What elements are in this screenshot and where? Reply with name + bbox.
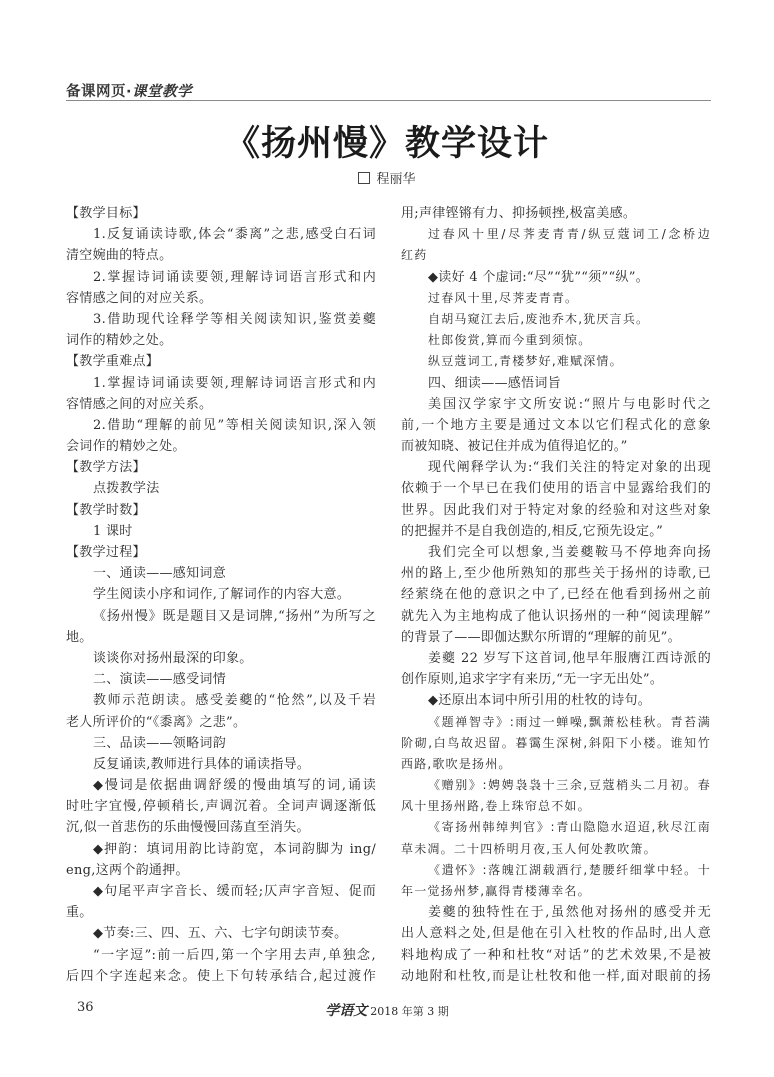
text-line: 依赖于一个早已在我们使用的语言中显露给我们的 [401,478,711,499]
section-heading: 【教学过程】 [66,542,376,563]
journal-name: 学语文 [325,1003,367,1019]
journal-issue: 2018 年第 3 期 [370,1005,448,1018]
author-marker-icon [358,172,370,184]
text-line: “一字逗”:前一后四,第一个字用去声,单独念, [66,945,376,966]
text-line: 点拨教学法 [66,478,376,499]
text-line: 纵豆蔻词工,青楼梦好,难赋深情。 [401,351,711,372]
author-name: 程丽华 [376,172,415,187]
text-line: 红药 [401,245,711,266]
text-line: 就先入为主地构成了他认识扬州的一种“阅读理解” [401,606,711,627]
text-line: 姜夔 22 岁写下这首词,他早年服膺江西诗派的 [401,648,711,669]
text-line: 学生阅读小序和词作,了解词作的内容大意。 [66,584,376,605]
text-line: 姜夔的独特性在于,虽然他对扬州的感受并无 [401,902,711,923]
text-line: 前,一个地方主要是通过文本以它们程式化的意象 [401,415,711,436]
text-line: 清空婉曲的特点。 [66,245,376,266]
text-line: 四、细读——感悟词旨 [401,373,711,394]
text-line: ◆句尾平声字音长、缓而轻;仄声字音短、促而 [66,881,376,902]
text-line: 杜郎俊赏,算而今重到须惊。 [401,330,711,351]
text-line: 教师示范朗读。感受姜夔的“怆然”,以及千岩 [66,690,376,711]
text-line: 重。 [66,902,376,923]
text-line: ◆还原出本词中所引用的杜牧的诗句。 [401,690,711,711]
text-line: 经萦绕在他的意识之中了,已经在他看到扬州之前 [401,584,711,605]
text-line: eng,这两个韵通押。 [66,860,376,881]
text-line: 《题禅智寺》:雨过一蝉噪,飘萧松桂秋。青苔满 [401,712,711,733]
text-line: 出人意料之处,但是他在引入杜牧的作品时,出人意 [401,923,711,944]
text-line: 2.掌握诗词诵读要领,理解诗词语言形式和内 [66,267,376,288]
text-line: 年一觉扬州梦,赢得青楼薄幸名。 [401,881,711,902]
text-line: 1.反复诵读诗歌,体会“黍离”之悲,感受白石词 [66,224,376,245]
page-footer: 36 学语文2018 年第 3 期 [0,1000,774,1020]
text-line: 阶砌,白鸟故迟留。暮霭生深树,斜阳下小楼。谁知竹 [401,733,711,754]
text-line: 后四个字连起来念。使上下句转承结合,起过渡作 [66,966,376,987]
text-line: 的背景了——即伽达默尔所谓的“理解的前见”。 [401,627,711,648]
text-line: 1.掌握诗词诵读要领,理解诗词语言形式和内 [66,373,376,394]
text-line: 自胡马窥江去后,废池乔木,犹厌言兵。 [401,309,711,330]
text-line: 美国汉学家宇文所安说:“照片与电影时代之 [401,394,711,415]
text-line: 而被知晓、被记住并成为值得追忆的。” [401,436,711,457]
running-head-section: 备课网页 [66,84,126,100]
text-line: 用;声律铿锵有力、抑扬顿挫,极富美感。 [401,203,711,224]
text-line: 地。 [66,627,376,648]
text-line: ◆读好 4 个虚词:“尽”“犹”“须”“纵”。 [401,267,711,288]
byline: 程丽华 [0,168,774,187]
text-line: 3.借助现代诠释学等相关阅读知识,鉴赏姜夔 [66,309,376,330]
text-line: 料地构成了一种和杜牧“对话”的艺术效果,不是被 [401,945,711,966]
text-line: 世界。因此我们对于特定对象的经验和对这些对象 [401,500,711,521]
text-line: 《遣怀》:落魄江湖载酒行,楚腰纤细掌中轻。十 [401,860,711,881]
article-title: 《扬州慢》教学设计 [0,116,774,166]
text-line: 风十里扬州路,卷上珠帘总不如。 [401,796,711,817]
text-line: 容情感之间的对应关系。 [66,394,376,415]
section-heading: 【教学目标】 [66,203,376,224]
text-line: 创作原则,追求字字有来历,“无一字无出处”。 [401,669,711,690]
right-column: 用;声律铿锵有力、抑扬顿挫,极富美感。过春风十里/尽荠麦青青/纵豆蔻词工/念桥边… [401,203,711,987]
section-heading: 【教学方法】 [66,457,376,478]
text-line: 沉,似一首悲伤的乐曲慢慢回荡直至消失。 [66,817,376,838]
text-line: 《寄扬州韩绰判官》:青山隐隐水迢迢,秋尽江南 [401,817,711,838]
section-heading: 【教学重难点】 [66,351,376,372]
text-line: 词作的精妙之处。 [66,330,376,351]
text-line: 《赠别》:娉娉袅袅十三余,豆蔻梢头二月初。春 [401,775,711,796]
text-line: 草未凋。二十四桥明月夜,玉人何处教吹箫。 [401,839,711,860]
running-head: 备课网页·课堂教学 [66,80,192,101]
text-line: 州的路上,至少他所熟知的那些关于扬州的诗歌,已 [401,563,711,584]
text-line: ◆慢词是依据曲调舒缓的慢曲填写的词,诵读 [66,775,376,796]
section-heading: 【教学时数】 [66,500,376,521]
journal-page: 备课网页·课堂教学 《扬州慢》教学设计 程丽华 【教学目标】1.反复诵读诗歌,体… [0,0,774,1077]
text-line: ◆节奏:三、四、五、六、七字句朗读节奏。 [66,923,376,944]
text-line: 谈谈你对扬州最深的印象。 [66,648,376,669]
text-line: 1 课时 [66,521,376,542]
running-head-subsection: 课堂教学 [132,84,192,100]
text-line: 一、通读——感知词意 [66,563,376,584]
left-column: 【教学目标】1.反复诵读诗歌,体会“黍离”之悲,感受白石词清空婉曲的特点。2.掌… [66,203,376,987]
text-line: 反复诵读,教师进行具体的诵读指导。 [66,754,376,775]
text-line: 《扬州慢》既是题目又是词牌,“扬州”为所写之 [66,606,376,627]
text-line: 二、演读——感受词情 [66,669,376,690]
text-line: 2.借助“理解的前见”等相关阅读知识,深入领 [66,415,376,436]
text-line: 动地附和杜牧,而是让杜牧和他一样,面对眼前的扬 [401,966,711,987]
text-line: 现代阐释学认为:“我们关注的特定对象的出现 [401,457,711,478]
text-line: 老人所评价的“《黍离》之悲”。 [66,712,376,733]
text-line: 过春风十里,尽荠麦青青。 [401,288,711,309]
text-line: 容情感之间的对应关系。 [66,288,376,309]
text-line: 三、品读——领略词韵 [66,733,376,754]
text-line: 过春风十里/尽荠麦青青/纵豆蔻词工/念桥边 [401,224,711,245]
text-line: 时吐字宜慢,停顿稍长,声调沉着。全词声调逐渐低 [66,796,376,817]
text-line: ◆押韵：填词用韵比诗韵宽，本词韵脚为 ing/ [66,839,376,860]
header-rule [66,100,711,101]
journal-info: 学语文2018 年第 3 期 [0,1000,774,1020]
text-line: 会词作的精妙之处。 [66,436,376,457]
text-line: 的把握并不是自我创造的,相反,它预先设定。” [401,521,711,542]
text-line: 西路,歌吹是扬州。 [401,754,711,775]
text-line: 我们完全可以想象,当姜夔鞍马不停地奔向扬 [401,542,711,563]
